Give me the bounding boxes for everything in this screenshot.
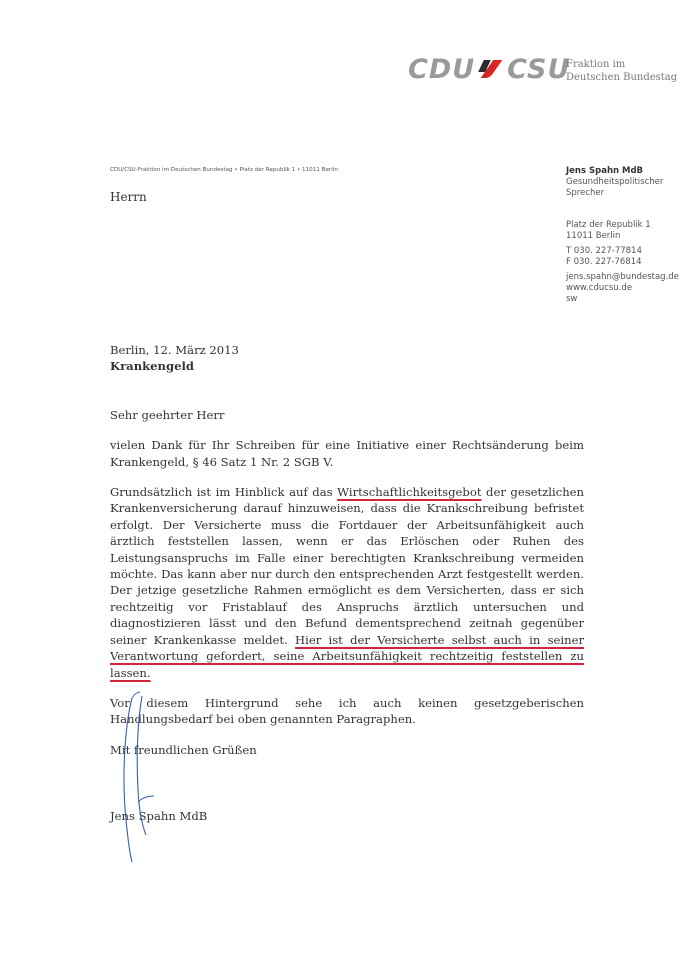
letter-body: Berlin, 12. März 2013 Krankengeld Sehr g… <box>110 342 584 825</box>
sender-return-address: CDU/CSU-Fraktion im Deutschen Bundestag … <box>110 167 338 173</box>
logo-subtitle: Fraktion im Deutschen Bundestag <box>566 58 677 84</box>
paragraph-2: Grundsätzlich ist im Hinblick auf das Wi… <box>110 484 584 681</box>
letter-closing: Mit freundlichen Grüßen <box>110 742 584 758</box>
signature-name: Jens Spahn MdB <box>110 808 584 824</box>
handwritten-signature <box>112 690 172 870</box>
sender-website: www.cducsu.de <box>566 283 679 294</box>
underlined-annotation: Wirtschaftlichkeitsgebot <box>337 485 481 499</box>
cdu-csu-logo: CDU CSU <box>408 56 570 84</box>
sender-role-2: Sprecher <box>566 188 679 199</box>
sender-city: 11011 Berlin <box>566 231 679 242</box>
logo-mark-icon <box>477 57 505 83</box>
paragraph-3: Vor diesem Hintergrund sehe ich auch kei… <box>110 695 584 728</box>
sender-initials: sw <box>566 294 679 305</box>
logo-cdu-text: CDU <box>408 56 475 84</box>
recipient-salutation: Herrn <box>110 190 147 204</box>
sender-fax: F 030. 227-76814 <box>566 257 679 268</box>
sender-phone: T 030. 227-77814 <box>566 246 679 257</box>
paragraph-1: vielen Dank für Ihr Schreiben für eine I… <box>110 437 584 470</box>
letter-date: Berlin, 12. März 2013 <box>110 342 584 358</box>
letter-greeting: Sehr geehrter Herr <box>110 407 584 423</box>
sender-contact-block: Jens Spahn MdB Gesundheitspolitischer Sp… <box>566 166 679 305</box>
sender-email: jens.spahn@bundestag.de <box>566 272 679 283</box>
logo-csu-text: CSU <box>507 56 570 84</box>
letter-subject: Krankengeld <box>110 358 584 374</box>
sender-name: Jens Spahn MdB <box>566 166 679 177</box>
sender-street: Platz der Republik 1 <box>566 220 679 231</box>
sender-role: Gesundheitspolitischer <box>566 177 679 188</box>
